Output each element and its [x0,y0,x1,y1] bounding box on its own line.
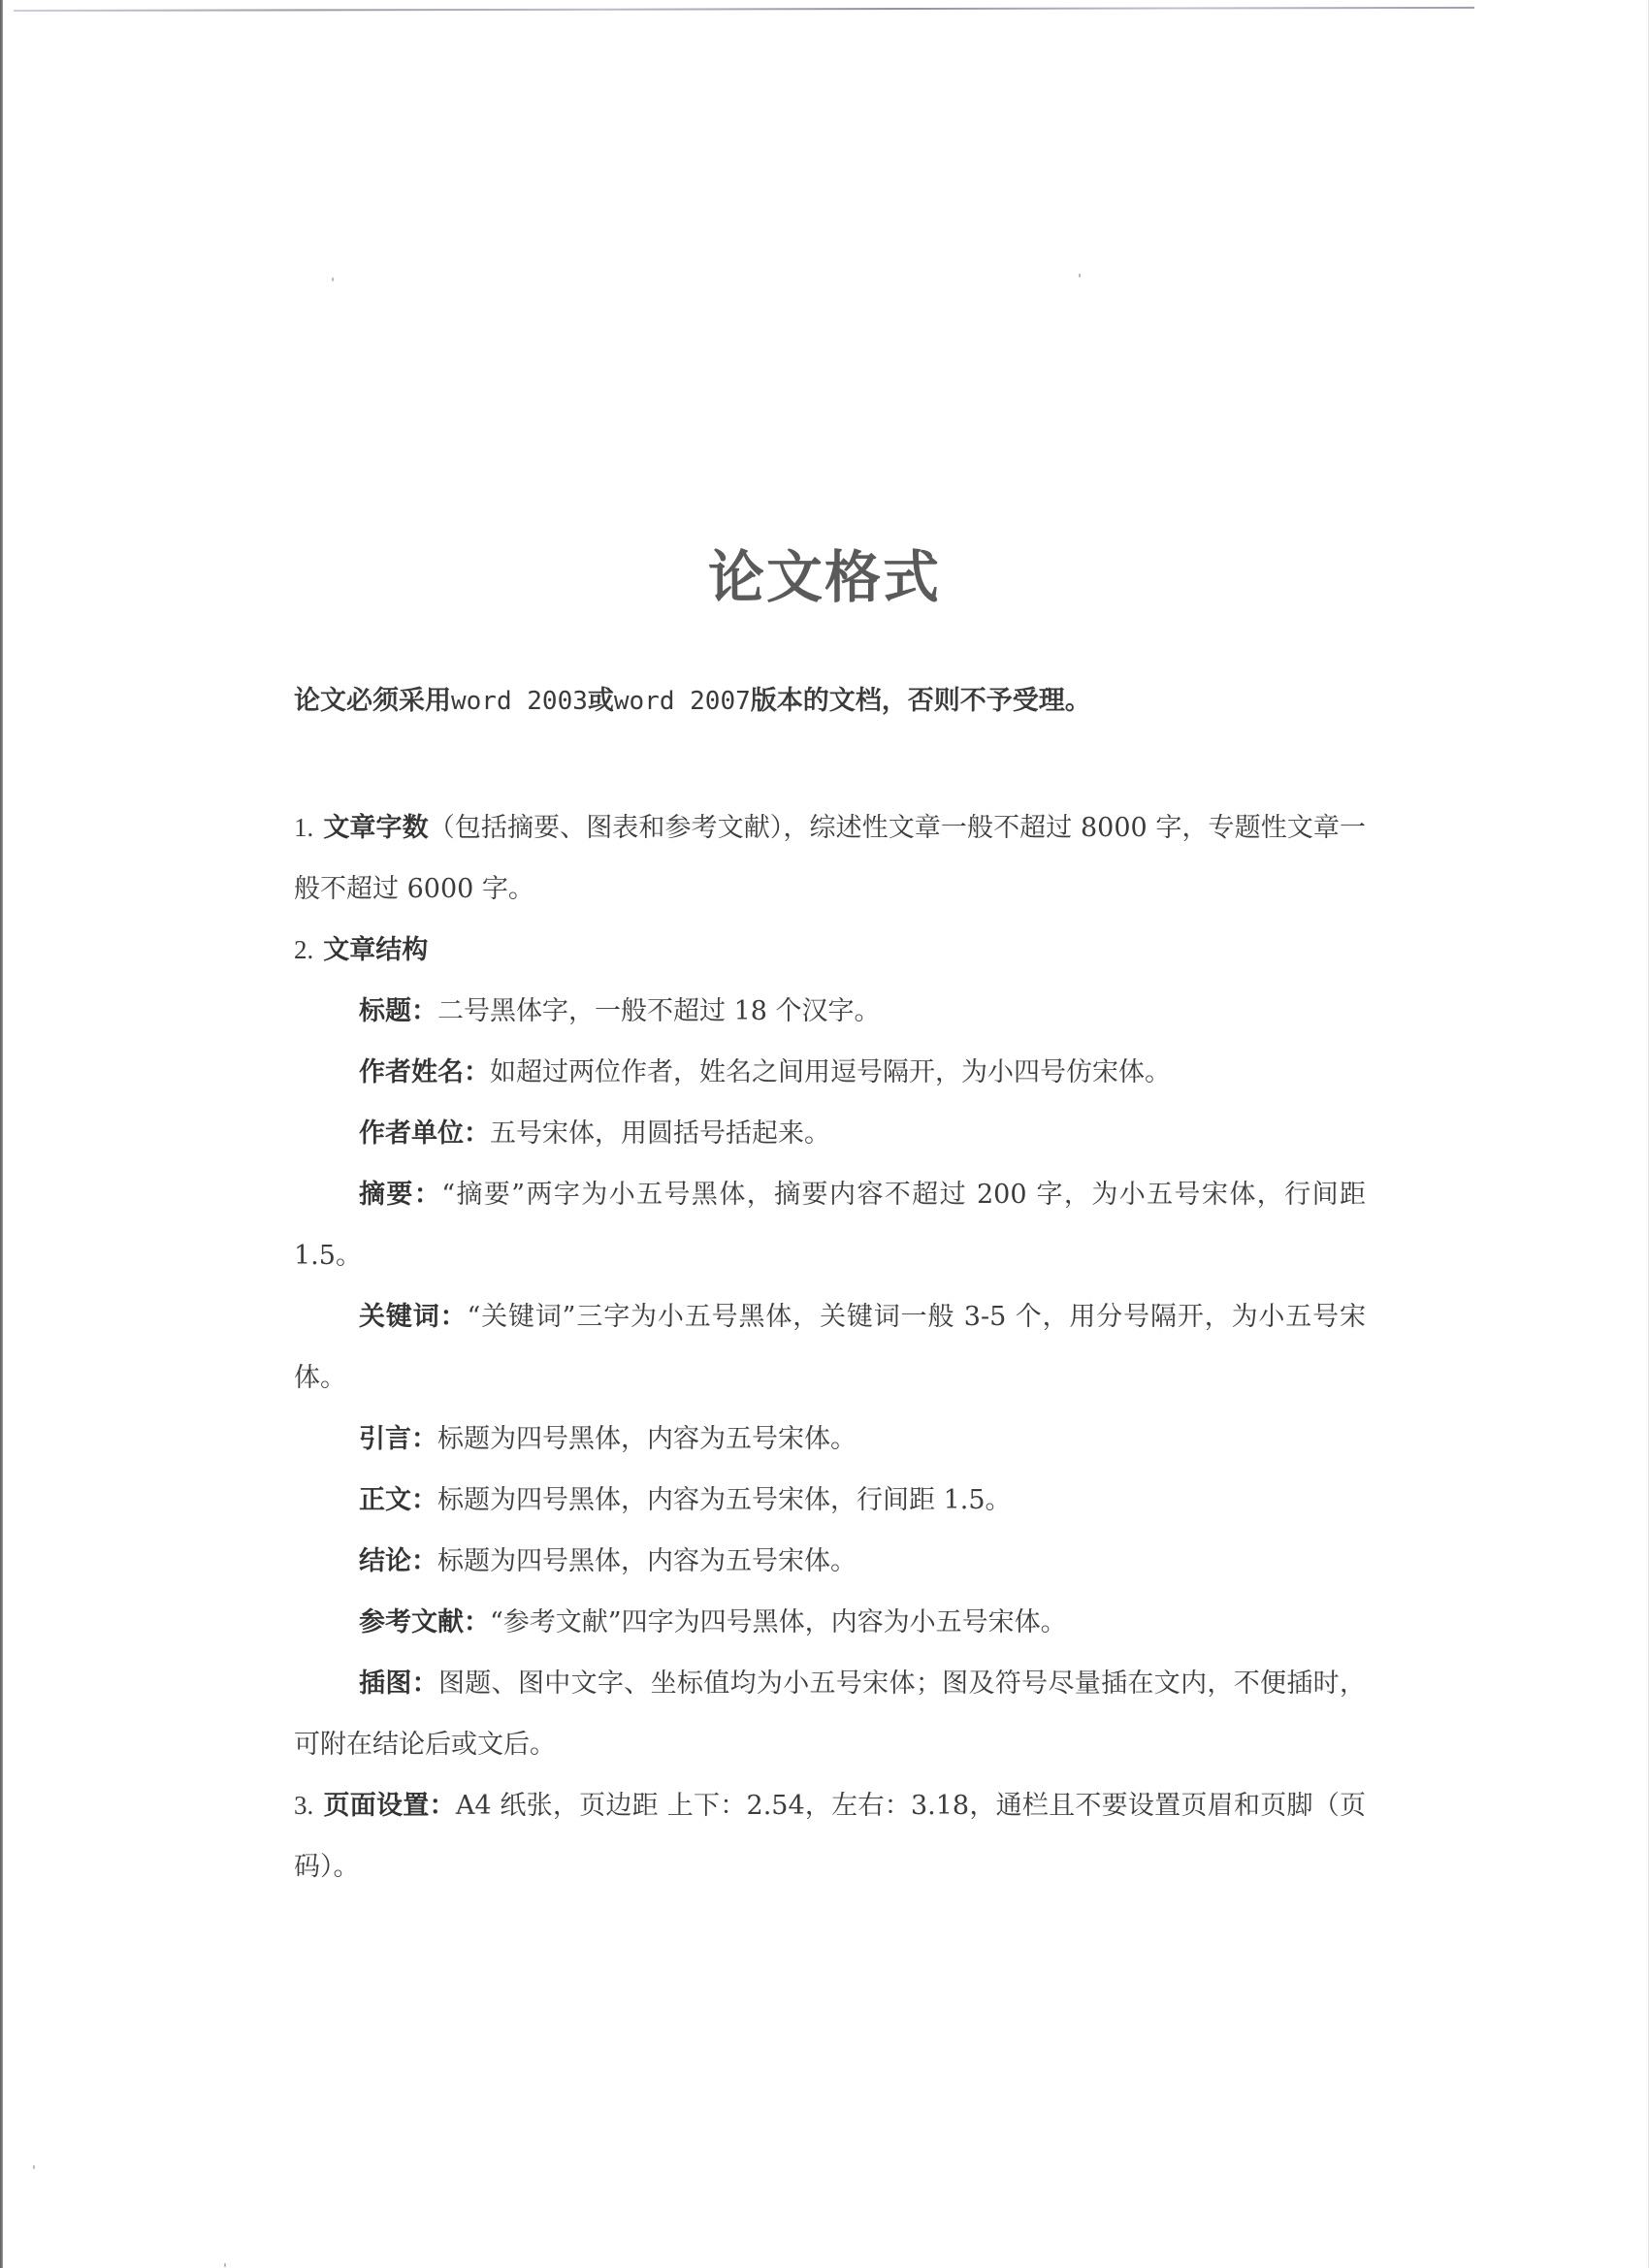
section-page-setup: 3.页面设置：A4 纸张，页边距 上下：2.54，左右：3.18，通栏且不要设置… [294,1775,1366,1897]
item-text: 二号黑体字，一般不超过 18 个汉字。 [437,996,881,1026]
item-label: 插图： [359,1669,438,1699]
section-text: （包括摘要、图表和参考文献），综述性文章一般不超过 8000 字，专题性文章一般… [294,813,1366,904]
item-label: 结论： [359,1546,437,1576]
structure-item-introduction: 引言：标题为四号黑体，内容为五号宋体。 [294,1409,1366,1470]
structure-item-keywords: 关键词：“关键词”三字为小五号黑体，关键词一般 3-5 个，用分号隔开，为小五号… [294,1286,1366,1409]
item-label: 引言： [359,1424,437,1454]
item-text: 如超过两位作者，姓名之间用逗号隔开，为小四号仿宋体。 [490,1057,1171,1087]
document-title: 论文格式 [0,532,1649,613]
item-text: 标题为四号黑体，内容为五号宋体，行间距 1.5。 [437,1485,1012,1515]
section-number: 3. [294,1791,313,1820]
section-structure: 2.文章结构 [294,920,1366,981]
item-label: 正文： [359,1485,437,1515]
document-page: 论文格式 论文必须采用word 2003或word 2007版本的文档，否则不予… [0,0,1649,2268]
structure-item-author-name: 作者姓名：如超过两位作者，姓名之间用逗号隔开，为小四号仿宋体。 [294,1042,1366,1103]
section-word-count: 1.文章字数（包括摘要、图表和参考文献），综述性文章一般不超过 8000 字，专… [294,797,1366,920]
notice-word-version-2: word 2007 [614,687,751,716]
structure-item-conclusion: 结论：标题为四号黑体，内容为五号宋体。 [294,1531,1366,1592]
item-text: 五号宋体，用圆括号括起来。 [490,1118,830,1149]
item-text: 图题、图中文字、坐标值均为小五号宋体；图及符号尽量插在文内，不便插时，可附在结论… [294,1669,1366,1760]
item-text: 标题为四号黑体，内容为五号宋体。 [437,1424,857,1454]
section-label: 文章字数 [323,813,428,843]
structure-item-figures: 插图：图题、图中文字、坐标值均为小五号宋体；图及符号尽量插在文内，不便插时，可附… [294,1653,1366,1775]
item-label: 标题： [359,996,437,1026]
notice-text-1: 论文必须采用 [294,686,451,716]
structure-item-author-affiliation: 作者单位：五号宋体，用圆括号括起来。 [294,1103,1366,1164]
item-label: 作者姓名： [359,1057,490,1087]
section-number: 2. [294,935,313,964]
structure-item-abstract: 摘要：“摘要”两字为小五号黑体，摘要内容不超过 200 字，为小五号宋体，行间距… [294,1164,1366,1286]
section-label: 页面设置： [323,1791,456,1821]
document-body: 1.文章字数（包括摘要、图表和参考文献），综述性文章一般不超过 8000 字，专… [294,797,1366,1897]
item-text: “参考文献”四字为四号黑体，内容为小五号宋体。 [490,1607,1067,1637]
notice-text-3: 版本的文档，否则不予受理。 [751,686,1091,716]
notice-word-version-1: word 2003 [451,687,588,716]
section-label: 文章结构 [323,935,428,965]
section-number: 1. [294,813,313,842]
structure-item-main-text: 正文：标题为四号黑体，内容为五号宋体，行间距 1.5。 [294,1470,1366,1531]
item-label: 作者单位： [359,1118,490,1149]
structure-item-title: 标题：二号黑体字，一般不超过 18 个汉字。 [294,981,1366,1042]
format-notice: 论文必须采用word 2003或word 2007版本的文档，否则不予受理。 [294,679,1091,717]
item-label: 关键词： [359,1302,467,1332]
notice-text-2: 或 [588,686,614,716]
item-text: 标题为四号黑体，内容为五号宋体。 [437,1546,857,1576]
structure-item-references: 参考文献：“参考文献”四字为四号黑体，内容为小五号宋体。 [294,1592,1366,1653]
item-label: 参考文献： [359,1607,490,1637]
item-label: 摘要： [359,1180,441,1210]
item-text: “摘要”两字为小五号黑体，摘要内容不超过 200 字，为小五号宋体，行间距 1.… [294,1180,1366,1271]
